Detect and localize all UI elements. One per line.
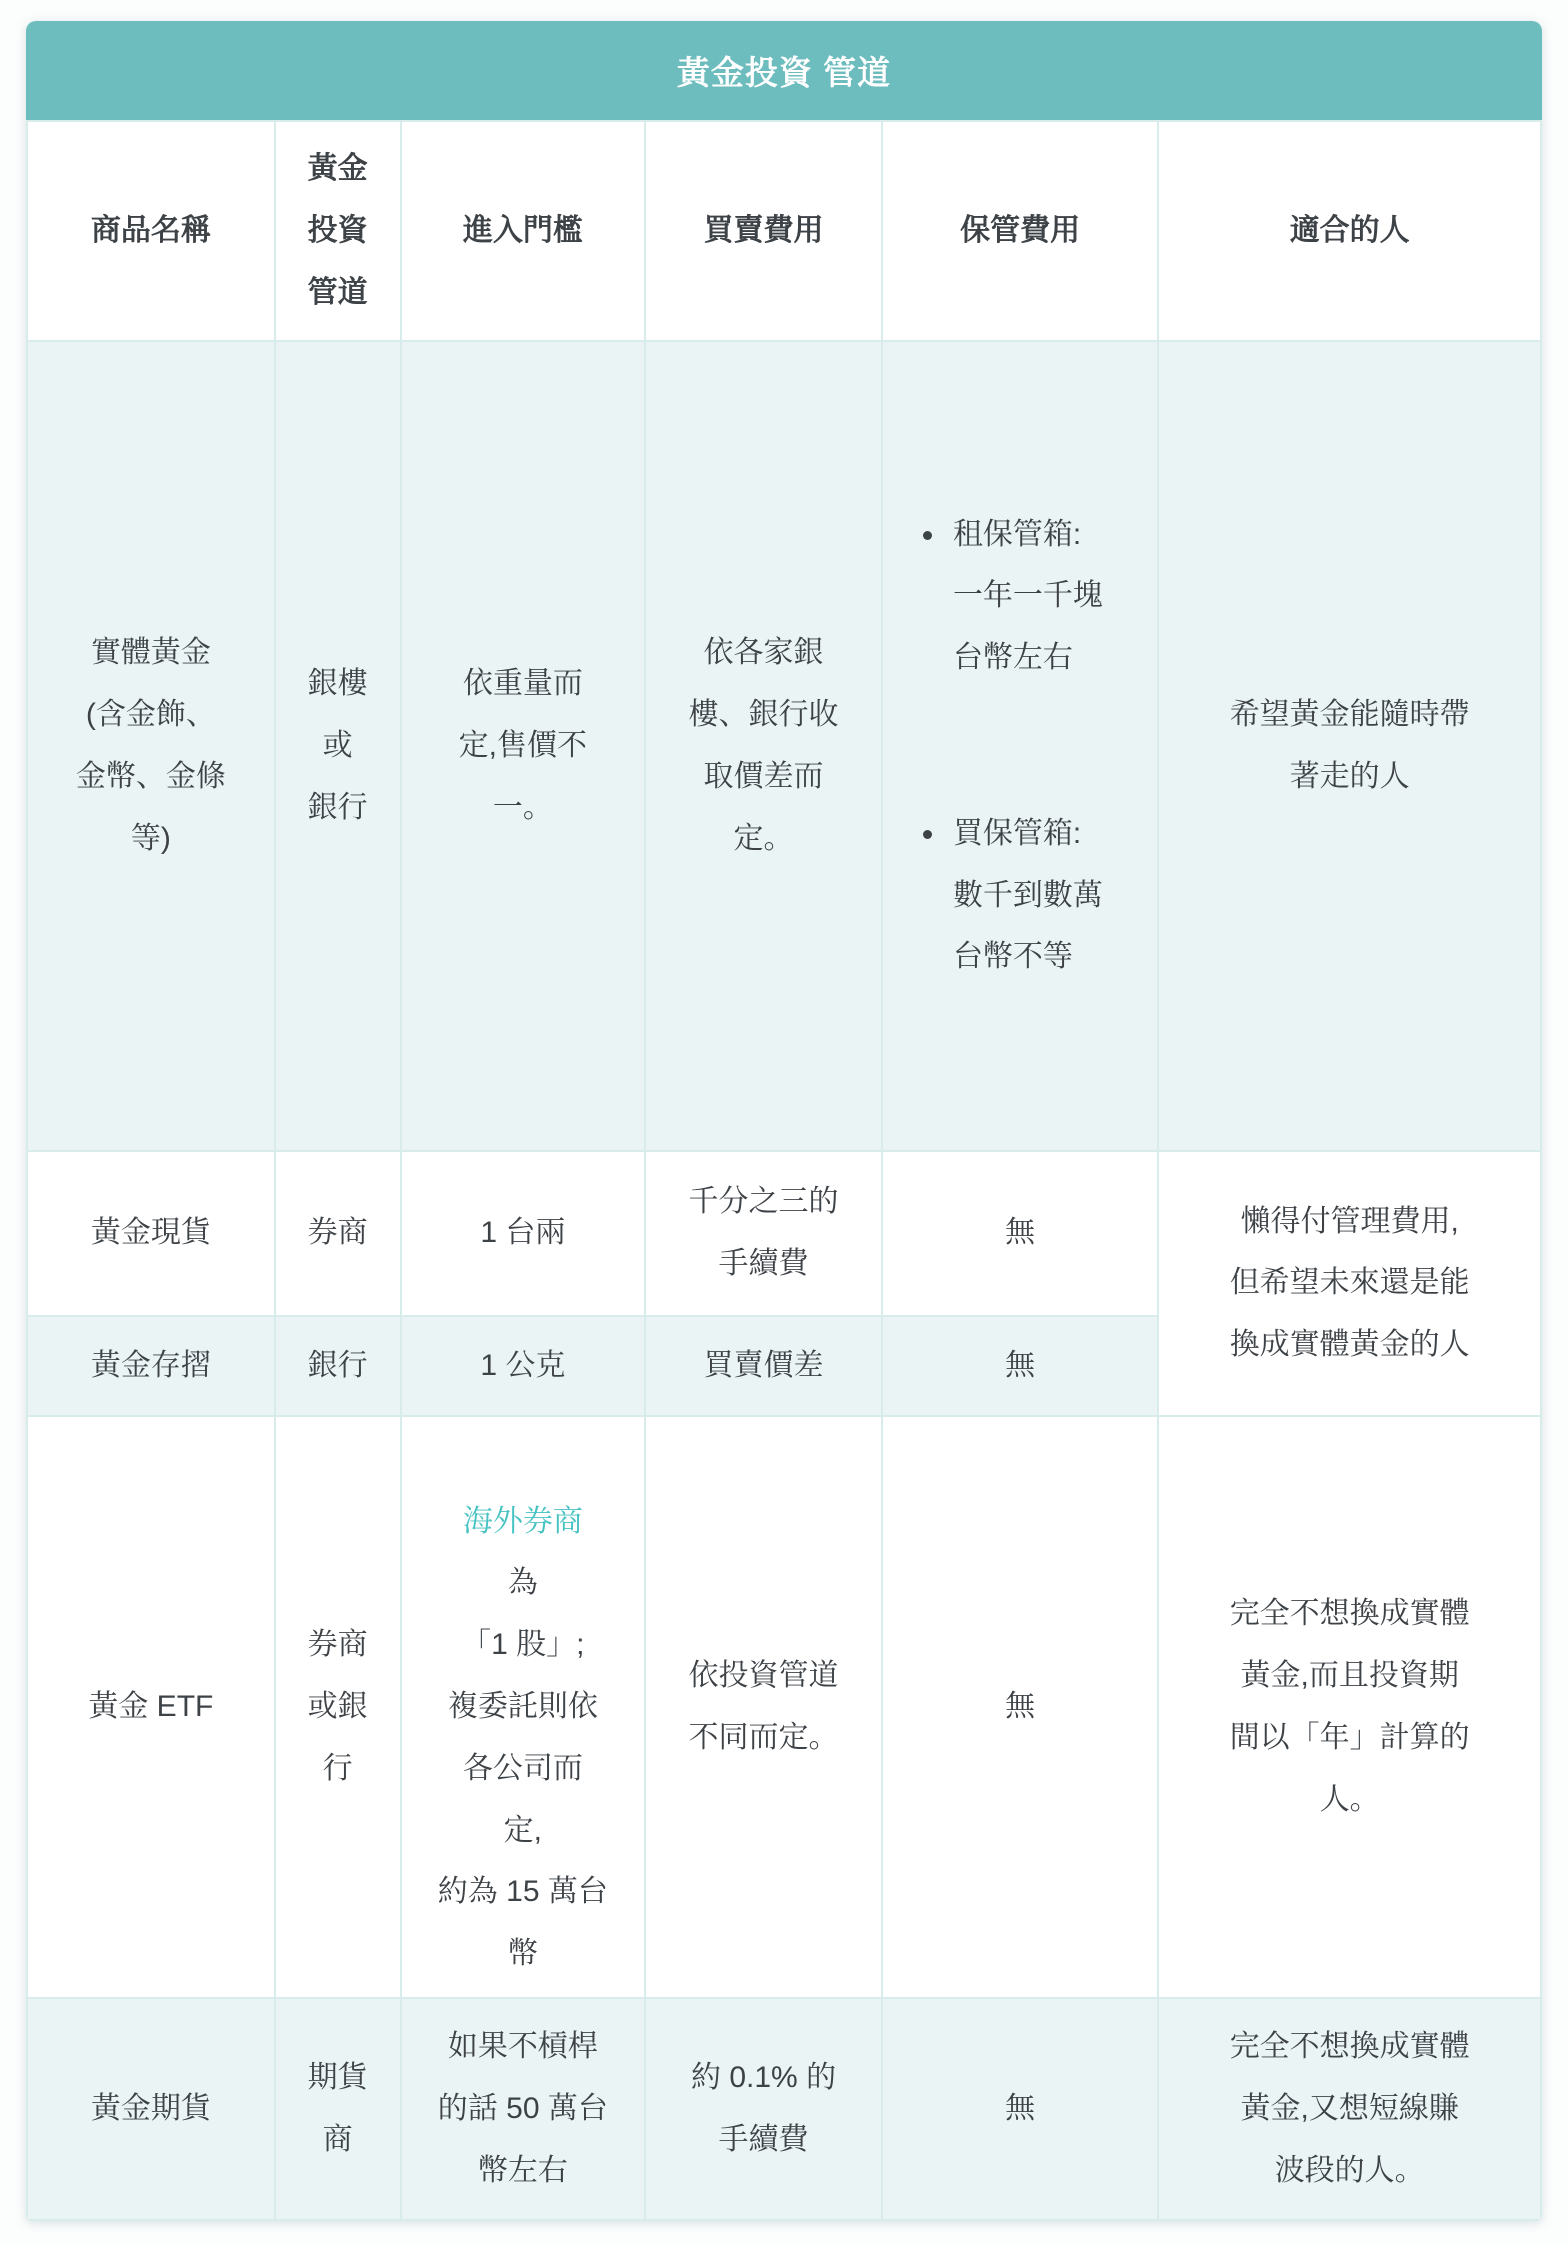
gold-investment-table: 商品名稱 黃金 投資 管道 進入門檻 買賣費用 保管費用 適合的人 實體黃金 (… (26, 120, 1542, 2221)
column-header-entry-threshold: 進入門檻 (401, 121, 646, 341)
cell-suitable-for: 完全不想換成實體 黃金,而且投資期 間以「年」計算的 人。 (1158, 1416, 1541, 1998)
table-title-bar: 黃金投資 管道 (26, 21, 1542, 120)
cell-product-name: 實體黃金 (含金飾、 金幣、金條 等) (27, 341, 275, 1151)
column-header-suitable-for: 適合的人 (1158, 121, 1541, 341)
cell-custody-fee: 無 (882, 1416, 1158, 1998)
cell-suitable-for: 完全不想換成實體 黃金,又想短線賺 波段的人。 (1158, 1998, 1541, 2220)
table-title: 黃金投資 管道 (677, 47, 891, 94)
table-row-gold-etf: 黃金 ETF 券商 或銀 行 海外券商 為 「1 股」; 複委託則依 各公司而 … (27, 1416, 1541, 1998)
gold-investment-table-card: 黃金投資 管道 商品名稱 黃金 投資 管道 進入門檻 買賣費用 保管費用 適合的… (26, 21, 1542, 2221)
cell-entry-threshold: 1 公克 (401, 1316, 646, 1416)
custody-fee-list: 租保管箱: 一年一千塊 台幣左右 買保管箱: 數千到數萬 台幣不等 (897, 416, 1143, 1076)
cell-entry-threshold: 如果不槓桿 的話 50 萬台 幣左右 (401, 1998, 646, 2220)
list-item-rent-safe-box: 租保管箱: 一年一千塊 台幣左右 (947, 504, 1143, 689)
cell-entry-threshold: 海外券商 為 「1 股」; 複委託則依 各公司而 定, 約為 15 萬台 幣 (401, 1416, 646, 1998)
cell-custody-fee: 無 (882, 1998, 1158, 2220)
table-row-gold-futures: 黃金期貨 期貨 商 如果不槓桿 的話 50 萬台 幣左右 約 0.1% 的 手續… (27, 1998, 1541, 2220)
cell-product-name: 黃金現貨 (27, 1151, 275, 1316)
table-row-physical-gold: 實體黃金 (含金飾、 金幣、金條 等) 銀樓 或 銀行 依重量而 定,售價不 一… (27, 341, 1541, 1151)
cell-channel: 期貨 商 (275, 1998, 401, 2220)
cell-channel: 銀樓 或 銀行 (275, 341, 401, 1151)
cell-trading-fee: 買賣價差 (645, 1316, 882, 1416)
cell-channel: 銀行 (275, 1316, 401, 1416)
cell-product-name: 黃金期貨 (27, 1998, 275, 2220)
cell-trading-fee: 依各家銀 樓、銀行收 取價差而 定。 (645, 341, 882, 1151)
cell-custody-fee: 租保管箱: 一年一千塊 台幣左右 買保管箱: 數千到數萬 台幣不等 (882, 341, 1158, 1151)
table-row-gold-spot: 黃金現貨 券商 1 台兩 千分之三的 手續費 無 懶得付管理費用, 但希望未來還… (27, 1151, 1541, 1316)
column-header-product-name: 商品名稱 (27, 121, 275, 341)
cell-channel: 券商 或銀 行 (275, 1416, 401, 1998)
column-header-custody-fee: 保管費用 (882, 121, 1158, 341)
cell-product-name: 黃金 ETF (27, 1416, 275, 1998)
cell-channel: 券商 (275, 1151, 401, 1316)
cell-trading-fee: 約 0.1% 的 手續費 (645, 1998, 882, 2220)
column-header-investment-channel: 黃金 投資 管道 (275, 121, 401, 341)
cell-entry-threshold: 依重量而 定,售價不 一。 (401, 341, 646, 1151)
cell-entry-threshold: 1 台兩 (401, 1151, 646, 1316)
list-item-buy-safe-box: 買保管箱: 數千到數萬 台幣不等 (947, 803, 1143, 988)
cell-trading-fee: 依投資管道 不同而定。 (645, 1416, 882, 1998)
cell-product-name: 黃金存摺 (27, 1316, 275, 1416)
overseas-broker-link[interactable]: 海外券商 (463, 1505, 583, 1538)
cell-custody-fee: 無 (882, 1151, 1158, 1316)
entry-threshold-text: 為 「1 股」; 複委託則依 各公司而 定, 約為 15 萬台 幣 (438, 1566, 608, 1970)
cell-suitable-for-merged: 懶得付管理費用, 但希望未來還是能 換成實體黃金的人 (1158, 1151, 1541, 1416)
header-row: 商品名稱 黃金 投資 管道 進入門檻 買賣費用 保管費用 適合的人 (27, 121, 1541, 341)
column-header-trading-fee: 買賣費用 (645, 121, 882, 341)
page: 黃金投資 管道 商品名稱 黃金 投資 管道 進入門檻 買賣費用 保管費用 適合的… (0, 0, 1568, 2245)
cell-custody-fee: 無 (882, 1316, 1158, 1416)
cell-suitable-for: 希望黃金能隨時帶 著走的人 (1158, 341, 1541, 1151)
cell-trading-fee: 千分之三的 手續費 (645, 1151, 882, 1316)
